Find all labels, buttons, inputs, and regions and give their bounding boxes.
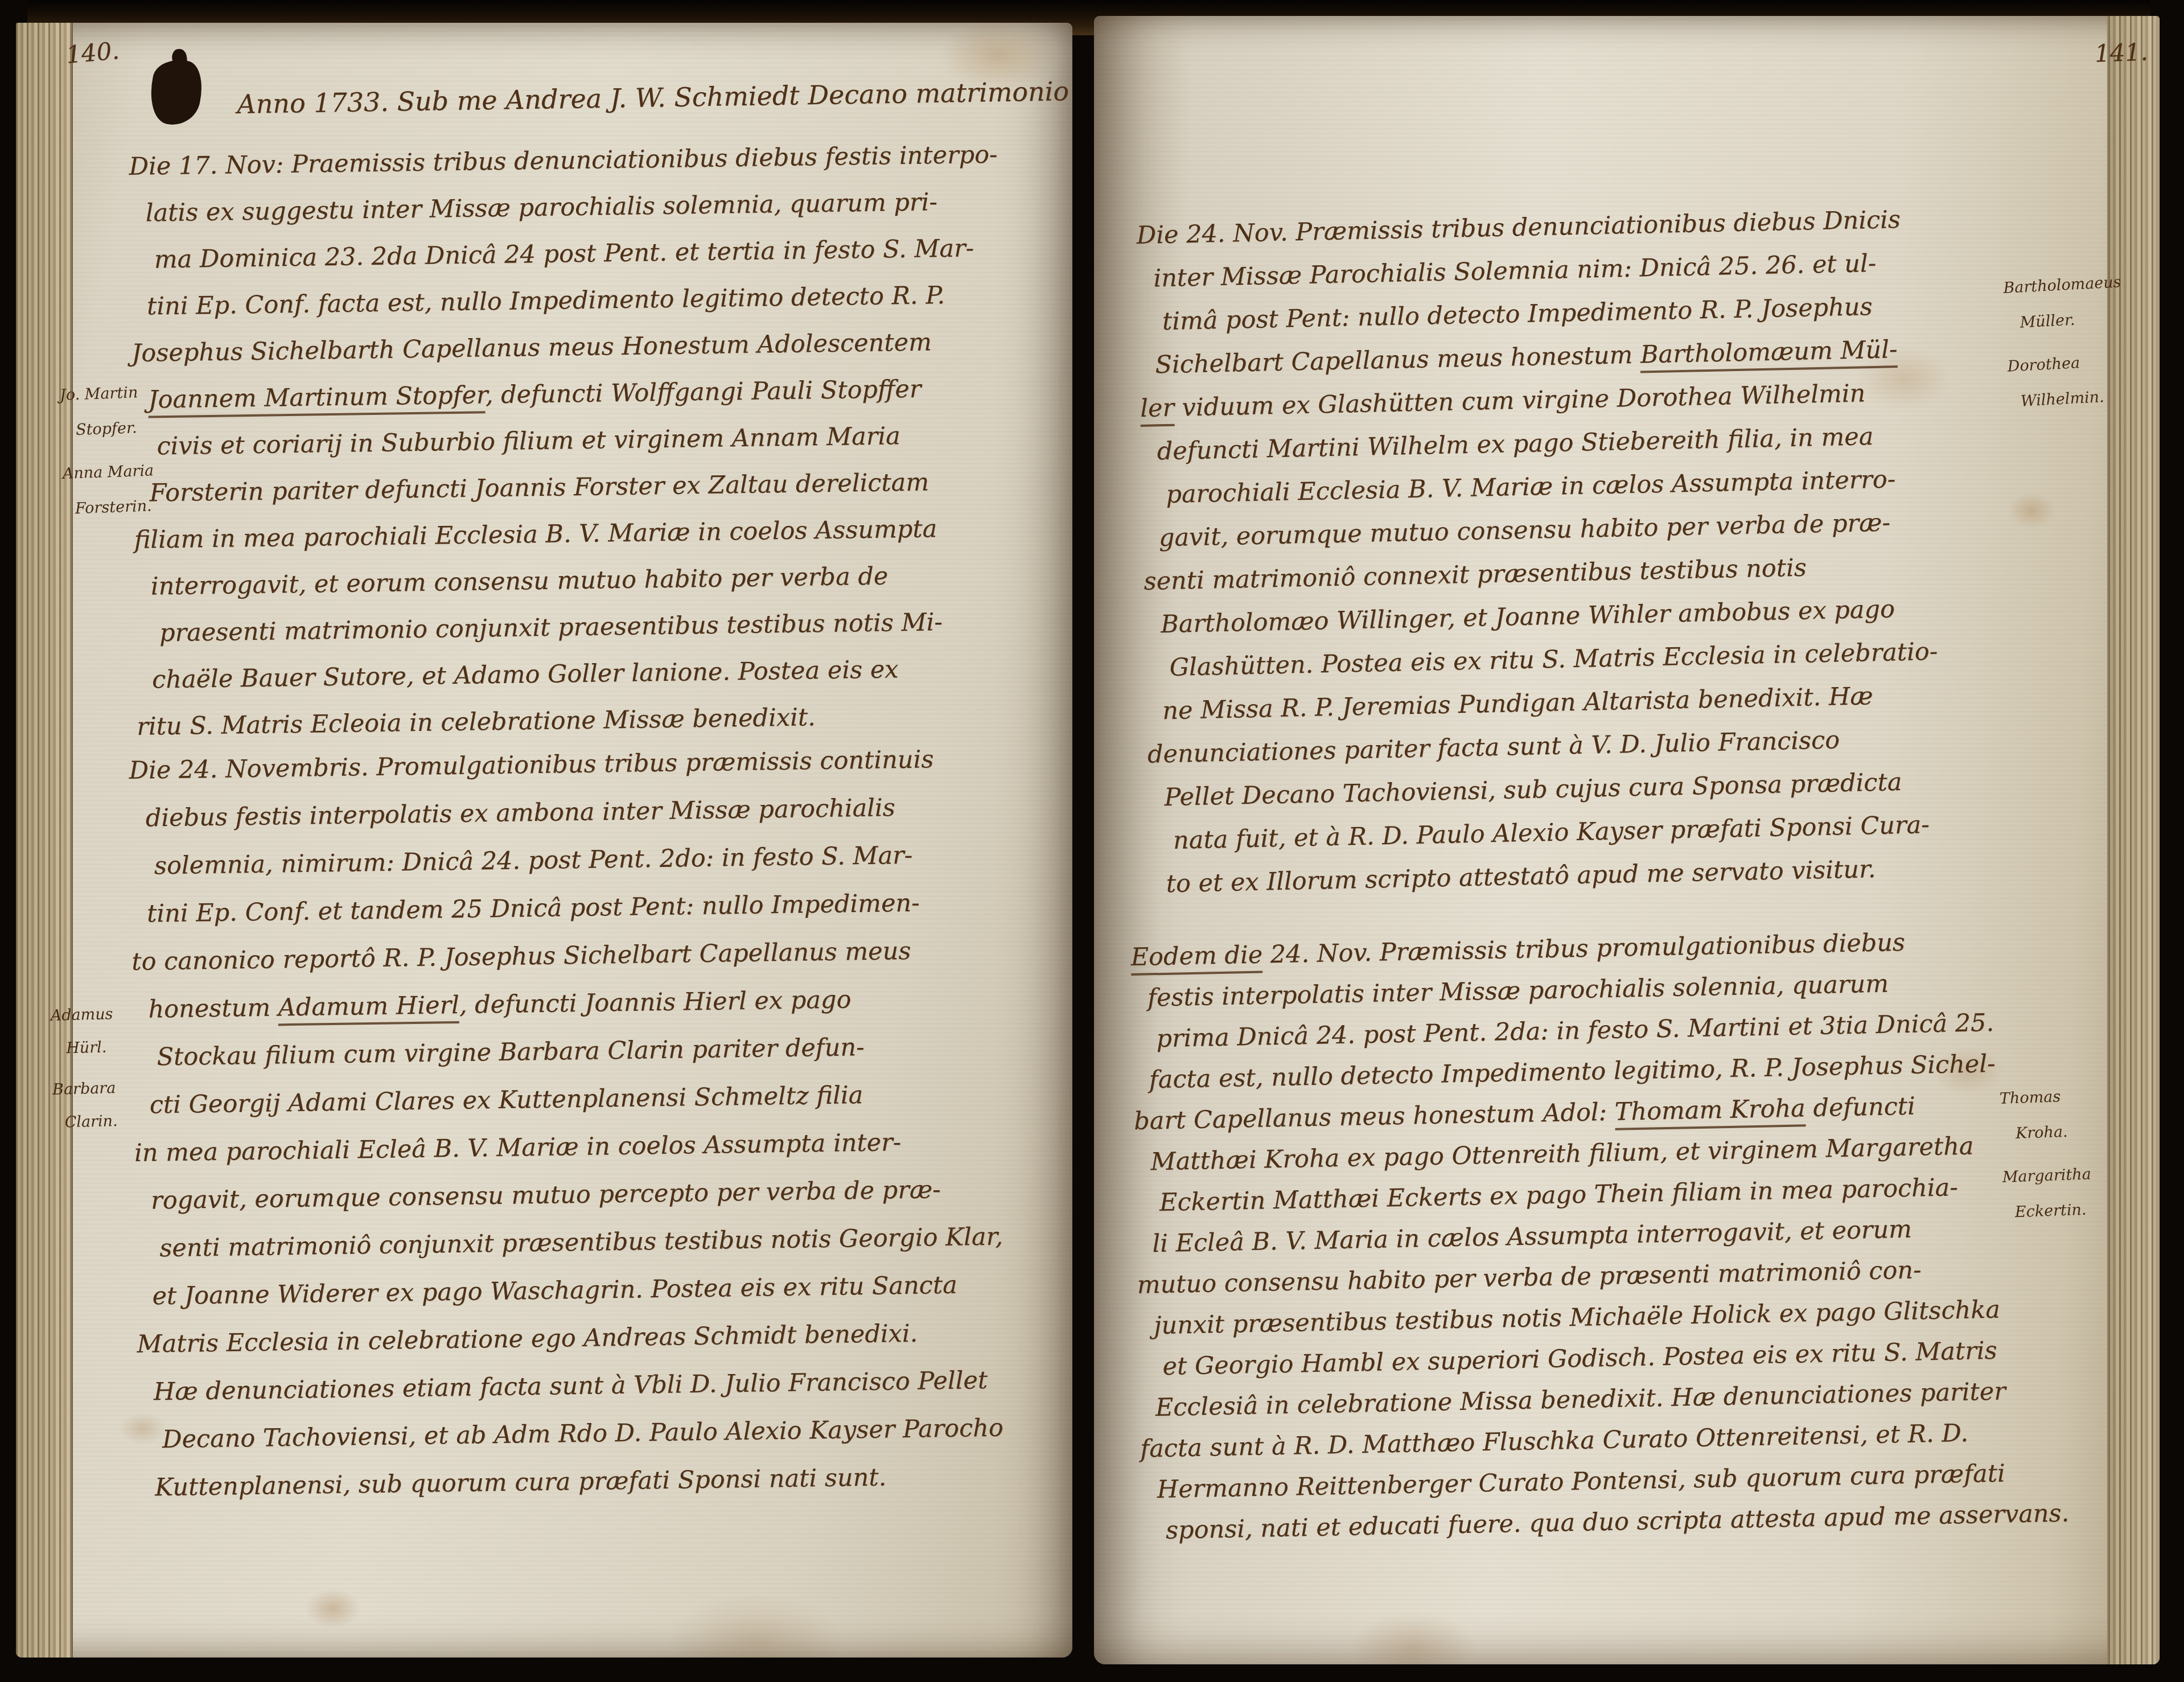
- ink-blot: [144, 55, 208, 130]
- margin-note-couple-mueller-wilhelmin: Bartholomaeus Müller. Dorothea Wilhelmin…: [2002, 265, 2128, 420]
- line-segment: Sichelbart Capellanus meus honestum: [1155, 341, 1640, 380]
- page-edges-right: [2107, 16, 2160, 1664]
- line-segment: defuncti: [1805, 1092, 1915, 1123]
- marriage-entry-nov24-left: Die 24. Novembris. Promulgationibus trib…: [129, 735, 1006, 1512]
- underlined-entry-opening: Eodem die: [1130, 941, 1262, 976]
- underlined-groom-name: Thomam Kroha: [1614, 1094, 1805, 1130]
- line-segment: 24. Nov. Præmissis tribus promulgationib…: [1262, 928, 1906, 969]
- left-page: 140. Anno 1733. Sub me Andrea J. W. Schm…: [16, 23, 1072, 1658]
- margin-note-line: Bartholomaeus: [2002, 265, 2122, 306]
- line-segment: , defuncti Joannis Hierl ex pago: [459, 985, 851, 1019]
- marriage-entry-eodem-die: Eodem die 24. Nov. Præmissis tribus prom…: [1130, 919, 2070, 1552]
- margin-note-line: Müller.: [2004, 300, 2124, 342]
- register-year-heading: Anno 1733. Sub me Andrea J. W. Schmiedt …: [237, 74, 1072, 120]
- marriage-entry-nov24-right: Die 24. Nov. Præmissis tribus denunciati…: [1136, 198, 1943, 906]
- line-segment: honestum: [148, 993, 278, 1023]
- underlined-groom-name: Joannem Martinum Stopfer: [148, 381, 486, 418]
- margin-note-line: Hürl.: [51, 1031, 116, 1066]
- page-number-right: 141.: [2094, 38, 2148, 67]
- margin-note-line: Clarin.: [53, 1105, 118, 1140]
- margin-note-line: Barbara: [52, 1072, 117, 1107]
- line-segment: bart Capellanus meus honestum Adol:: [1134, 1098, 1615, 1136]
- line-segment: , defuncti Wolffgangi Pauli Stopffer: [485, 375, 921, 410]
- underlined-groom-name: Bartholomæum Mül-: [1640, 335, 1898, 373]
- margin-note-line: Dorothea: [2006, 343, 2126, 385]
- page-number-left: 140.: [65, 36, 120, 69]
- line-segment: viduum ex Glashütten cum virgine Dorothe…: [1174, 379, 1865, 422]
- margin-note-couple-hierl-clarin: Adamus Hürl. Barbara Clarin.: [50, 998, 118, 1140]
- underlined-groom-name: Adamum Hierl: [278, 991, 459, 1026]
- page-edges-left: [16, 23, 73, 1658]
- margin-note-line: Adamus: [50, 998, 115, 1033]
- underlined-name-continuation: ler: [1140, 394, 1175, 427]
- right-page: 141. Bartholomaeus Müller. Dorothea Wilh…: [1094, 16, 2160, 1664]
- margin-note-line: Wilhelmin.: [2008, 379, 2128, 420]
- marriage-entry-nov17: Die 17. Nov: Praemissis tribus denunciat…: [129, 131, 1006, 750]
